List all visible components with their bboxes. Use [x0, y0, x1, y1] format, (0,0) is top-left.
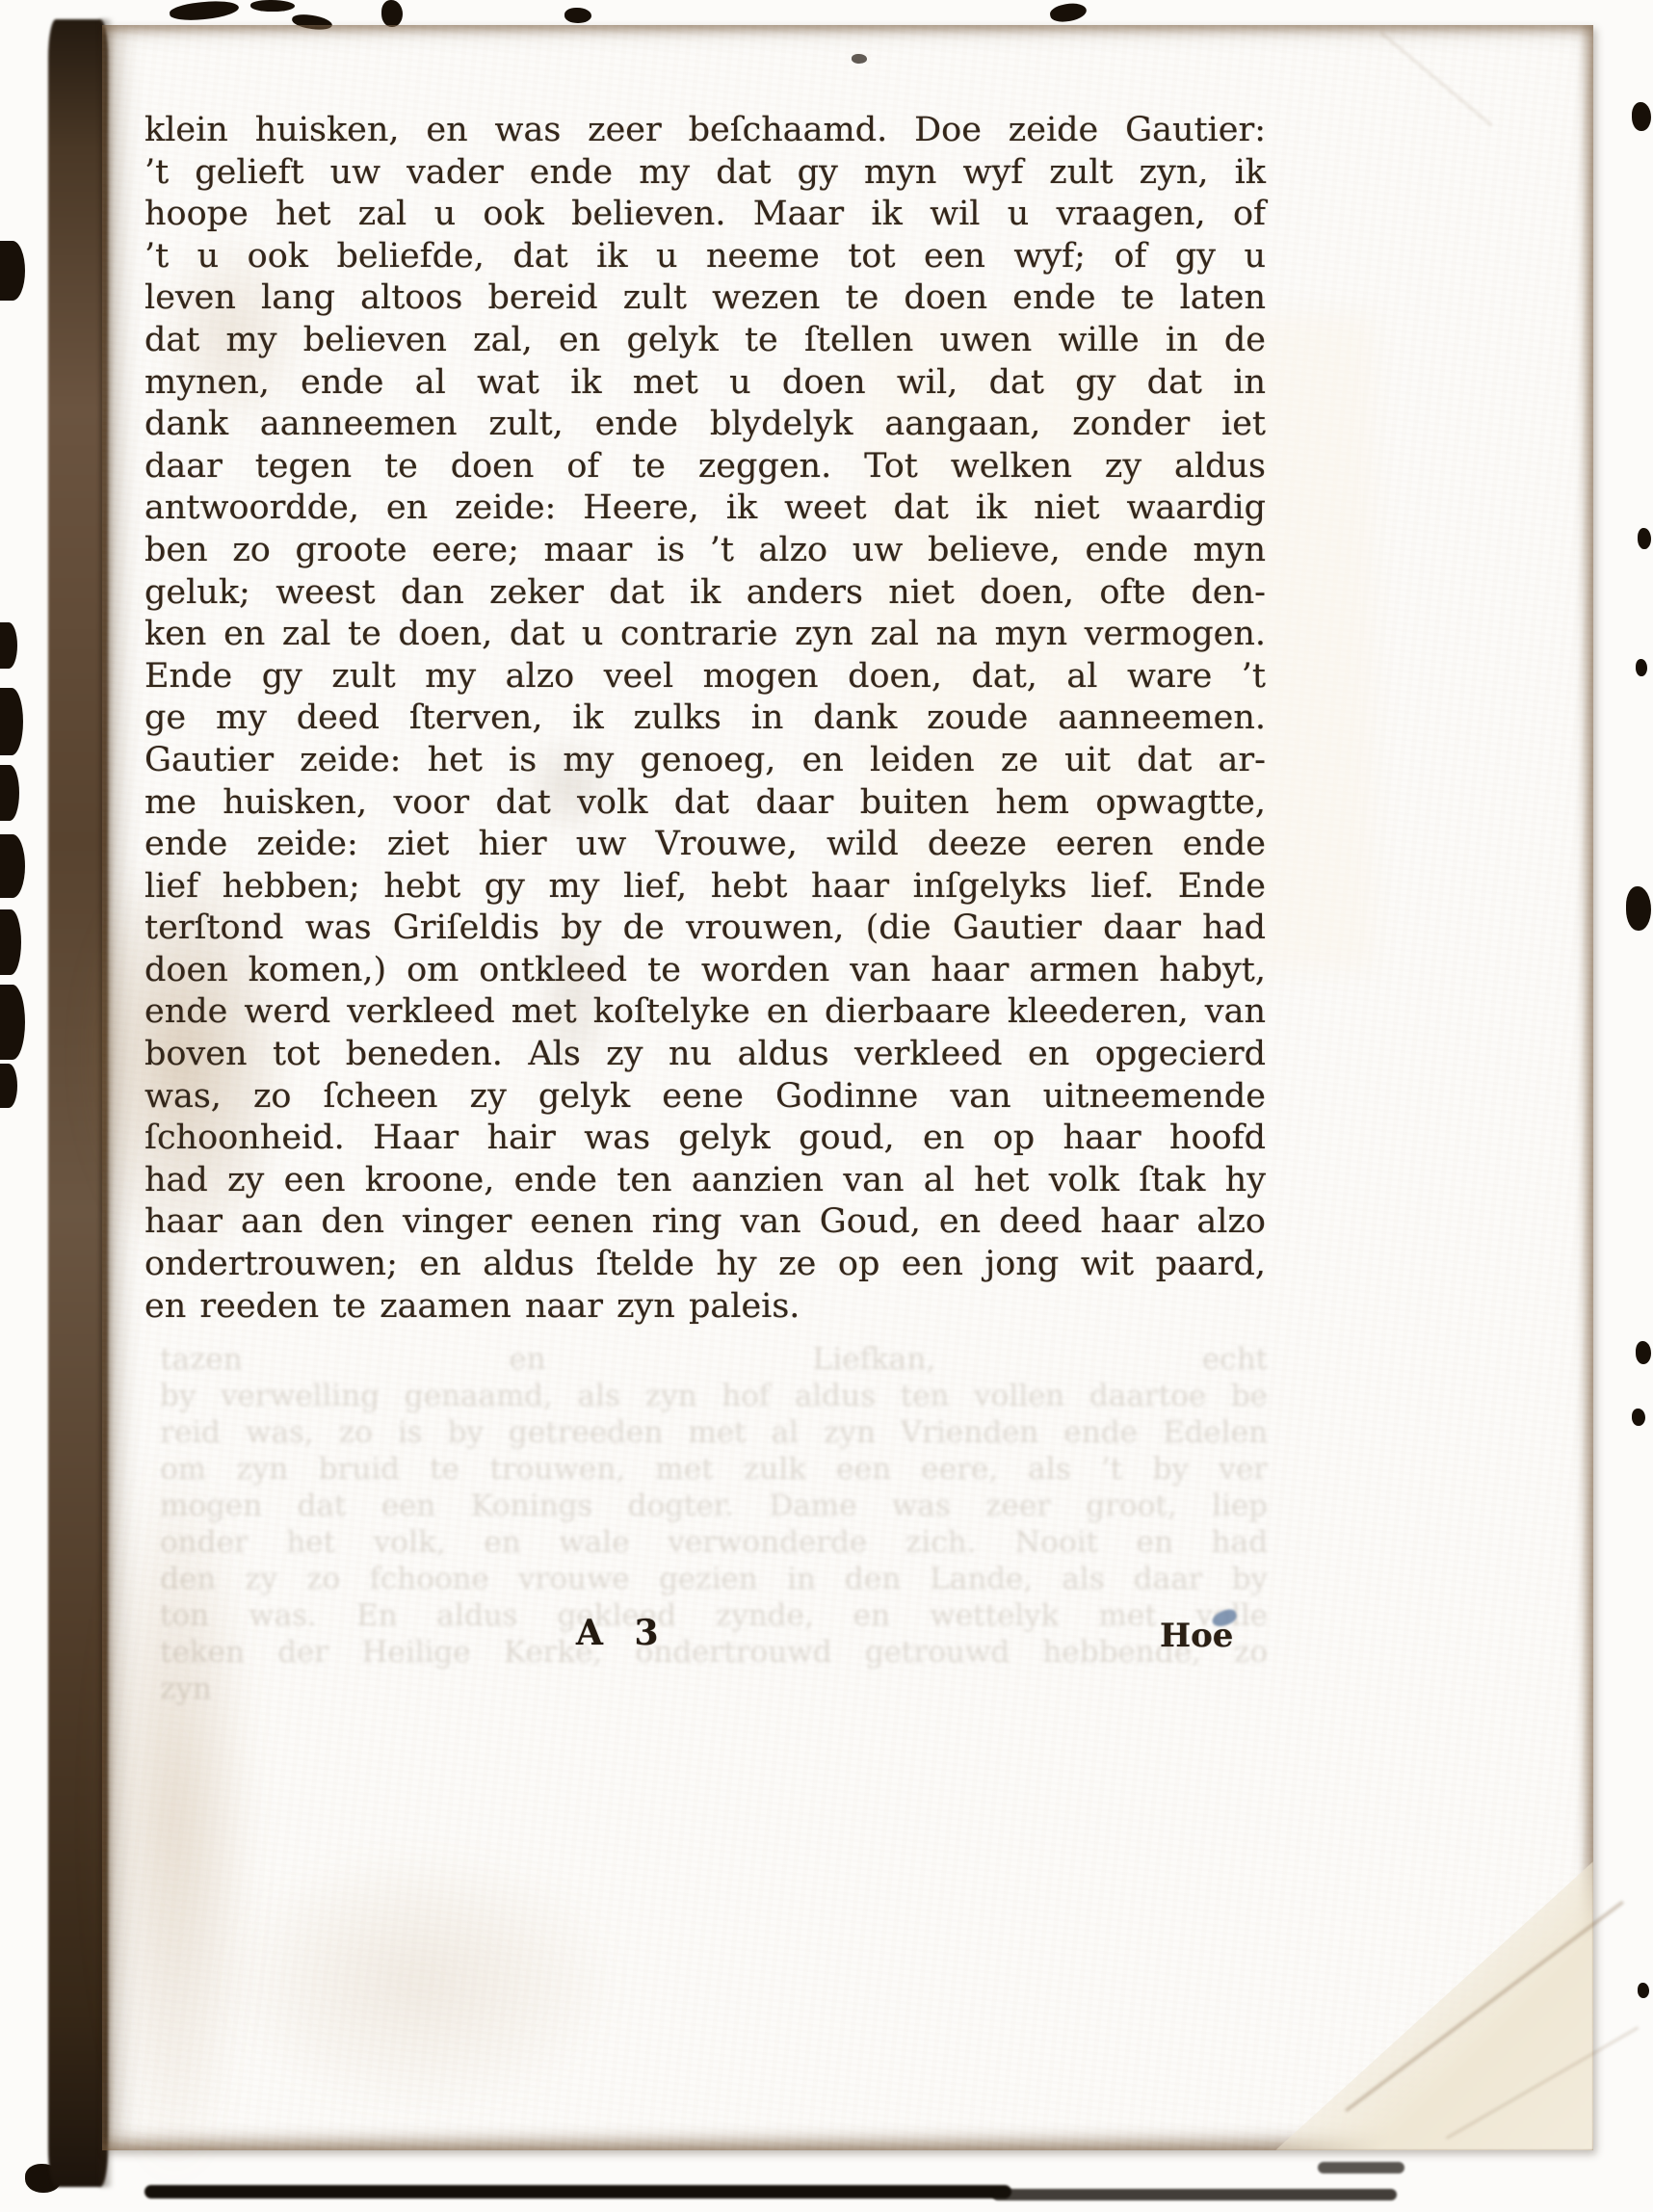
book-scan: klein huisken, en was zeer beſchaamd. Do… — [0, 0, 1653, 2212]
edge-speck — [169, 0, 239, 23]
text-line: doen komen,) om ontkleed te worden van h… — [144, 950, 1266, 992]
text-line: antwoordde, en zeide: Heere, ik weet dat… — [144, 487, 1266, 530]
text-line: dank aanneemen zult, ende blydelyk aanga… — [144, 404, 1266, 446]
text-line: leven lang altoos bereid zult wezen te d… — [144, 277, 1266, 320]
ghost-line: den zy zo fchoone vrouwe gezien in den L… — [160, 1561, 1268, 1597]
text-line: mynen, ende al wat ik met u doen wil, da… — [144, 362, 1266, 405]
ghost-line: om zyn bruid te trouwen, met zulk een ee… — [160, 1451, 1268, 1488]
edge-speck — [1636, 1341, 1651, 1364]
ghost-line: tazen en Liefkan, echt — [160, 1341, 1268, 1378]
edge-speck — [1626, 886, 1651, 931]
text-line: ondertrouwen; en aldus ſtelde hy ze op e… — [144, 1244, 1266, 1286]
edge-speck — [0, 241, 25, 301]
text-line: lief hebben; hebt gy my lief, hebt haar … — [144, 866, 1266, 908]
text-line: ben zo groote eere; maar is ’t alzo uw b… — [144, 530, 1266, 572]
text-line: ſchoonheid. Haar hair was gelyk goud, en… — [144, 1118, 1266, 1160]
text-line: ken en zal te doen, dat u contrarie zyn … — [144, 614, 1266, 656]
edge-speck — [0, 909, 21, 975]
signature-mark: A 3 — [576, 1613, 669, 1653]
text-line: Gautier zeide: het is my genoeg, en leid… — [144, 740, 1266, 782]
edge-speck — [0, 622, 17, 669]
edge-speck — [0, 765, 19, 821]
edge-speck — [0, 688, 23, 755]
ghost-line: teken der Heilige Kerke, ondertrouwd get… — [160, 1634, 1268, 1671]
ghost-line: by verwelling genaamd, als zyn hof aldus… — [160, 1378, 1268, 1414]
edge-speck — [1638, 1983, 1649, 1998]
ghost-line: onder het volk, en wale verwonderde zich… — [160, 1524, 1268, 1561]
text-line: dat my believen zal, en gelyk te ſtellen… — [144, 320, 1266, 362]
text-line: had zy een kroone, ende ten aanzien van … — [144, 1160, 1266, 1202]
text-line: daar tegen te doen of te zeggen. Tot wel… — [144, 446, 1266, 488]
bleedthrough-text: tazen en Liefkan, echtby verwelling gena… — [160, 1341, 1268, 1707]
text-line: ende zeide: ziet hier uw Vrouwe, wild de… — [144, 824, 1266, 866]
text-line: en reeden te zaamen naar zyn paleis. — [144, 1286, 1266, 1329]
edge-speck — [1632, 102, 1651, 131]
text-line: haar aan den vinger eenen ring van Goud,… — [144, 1201, 1266, 1244]
bottom-shadow-band — [1318, 2162, 1404, 2173]
page-text: klein huisken, en was zeer beſchaamd. Do… — [144, 110, 1266, 1328]
text-line: hoope het zal u ook believen. Maar ik wi… — [144, 194, 1266, 236]
ghost-line: mogen dat een Konings dogter. Dame was z… — [160, 1488, 1268, 1524]
bottom-shadow-band — [144, 2185, 1011, 2199]
text-line: ge my deed ſterven, ik zulks in dank zou… — [144, 698, 1266, 740]
page-fold — [1275, 1861, 1593, 2150]
bottom-shadow-band — [992, 2189, 1397, 2200]
book-binding-gutter — [48, 19, 108, 2187]
text-line: ende werd verkleed met koſtelyke en dier… — [144, 991, 1266, 1034]
text-line: me huisken, voor dat volk dat daar buite… — [144, 782, 1266, 825]
book-page: klein huisken, en was zeer beſchaamd. Do… — [102, 25, 1593, 2150]
edge-speck — [564, 8, 591, 23]
crease-line — [1380, 32, 1492, 126]
edge-speck — [1638, 528, 1651, 549]
text-line: geluk; weest dan zeker dat ik anders nie… — [144, 572, 1266, 615]
edge-speck — [0, 834, 25, 898]
edge-speck — [1636, 659, 1647, 676]
text-line: ’t gelieft uw vader ende my dat gy myn w… — [144, 152, 1266, 195]
text-line: boven tot beneden. Als zy nu aldus verkl… — [144, 1034, 1266, 1076]
edge-speck — [250, 0, 295, 12]
edge-speck — [1049, 1, 1089, 24]
edge-speck — [0, 1064, 17, 1108]
edge-speck — [1632, 1409, 1645, 1426]
edge-speck — [381, 0, 403, 27]
stain — [218, 1846, 622, 2116]
text-line: terſtond was Griſeldis by de vrouwen, (d… — [144, 908, 1266, 950]
ghost-line: reid was, zo is by getreeden met al zyn … — [160, 1414, 1268, 1451]
text-line: Ende gy zult my alzo veel mogen doen, da… — [144, 656, 1266, 698]
text-line: was, zo ſcheen zy gelyk eene Godinne van… — [144, 1076, 1266, 1119]
ghost-line: ton was. En aldus gekleed zynde, en wett… — [160, 1597, 1268, 1634]
text-line: klein huisken, en was zeer beſchaamd. Do… — [144, 110, 1266, 152]
edge-speck — [0, 985, 25, 1060]
text-line: ’t u ook beliefde, dat ik u neeme tot ee… — [144, 236, 1266, 278]
ghost-line: zyn — [160, 1671, 1268, 1707]
